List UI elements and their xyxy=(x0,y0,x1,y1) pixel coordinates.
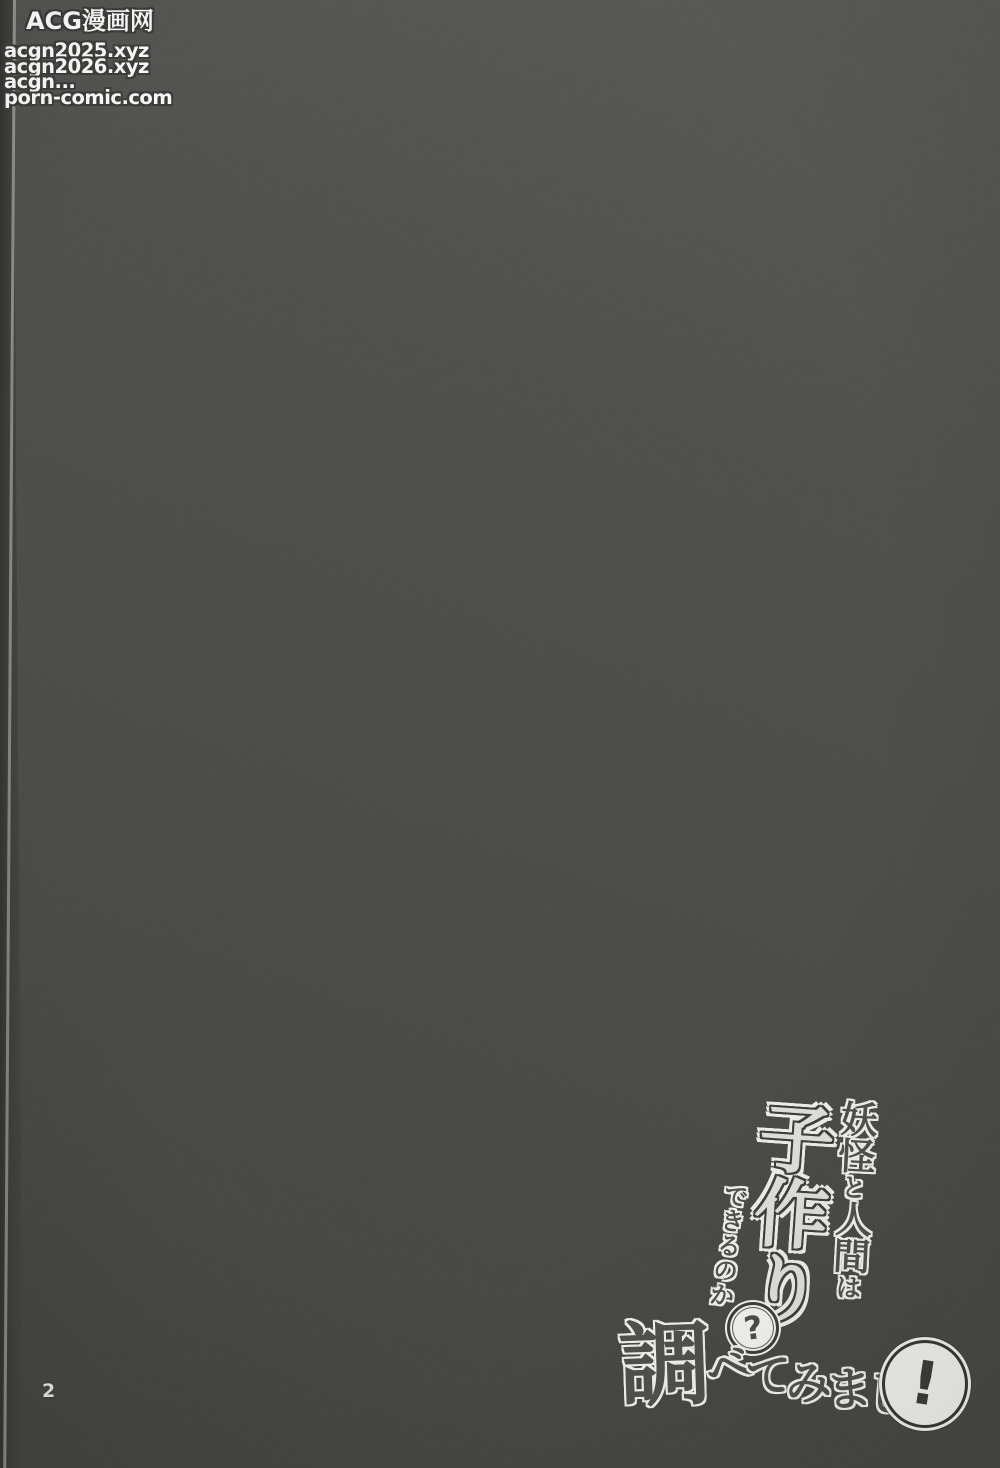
title-line-kozukuri: 子作り xyxy=(740,1097,831,1327)
exclamation-bubble: ! xyxy=(882,1340,968,1428)
exclamation-mark: ! xyxy=(906,1347,944,1420)
title-logo: 妖怪と人間は 子作り できるのか ? 調べてみました ! xyxy=(0,0,1000,1468)
scanned-manga-page: ACG漫画网 acgn2025.xyz acgn2026.xyz acgn...… xyxy=(0,0,1000,1468)
